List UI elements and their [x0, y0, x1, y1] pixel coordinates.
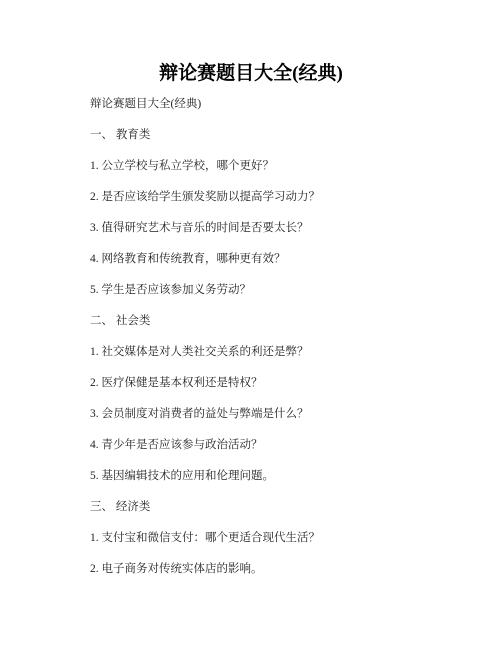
list-item: 2. 医疗保健是基本权利还是特权？ [90, 374, 263, 390]
list-item: 5. 学生是否应该参加义务劳动？ [90, 281, 251, 297]
list-item: 2. 是否应该给学生颁发奖励以提高学习动力？ [90, 188, 320, 204]
section-heading-society: 二、 社会类 [90, 312, 150, 328]
document-title: 辩论赛题目大全(经典) [0, 58, 502, 85]
document-subtitle: 辩论赛题目大全(经典) [90, 95, 201, 111]
list-item: 3. 会员制度对消费者的益处与弊端是什么？ [90, 405, 309, 421]
section-heading-education: 一、 教育类 [90, 126, 150, 142]
list-item: 5. 基因编辑技术的应用和伦理问题。 [90, 467, 274, 483]
list-item: 1. 支付宝和微信支付：哪个更适合现代生活？ [90, 529, 320, 545]
list-item: 3. 值得研究艺术与音乐的时间是否要太长？ [90, 219, 309, 235]
list-item: 2. 电子商务对传统实体店的影响。 [90, 560, 263, 576]
section-heading-economy: 三、 经济类 [90, 498, 150, 514]
list-item: 4. 青少年是否应该参与政治活动？ [90, 436, 263, 452]
list-item: 1. 社交媒体是对人类社交关系的利还是弊？ [90, 343, 309, 359]
list-item: 1. 公立学校与私立学校，哪个更好？ [90, 157, 274, 173]
list-item: 4. 网络教育和传统教育，哪种更有效？ [90, 250, 286, 266]
